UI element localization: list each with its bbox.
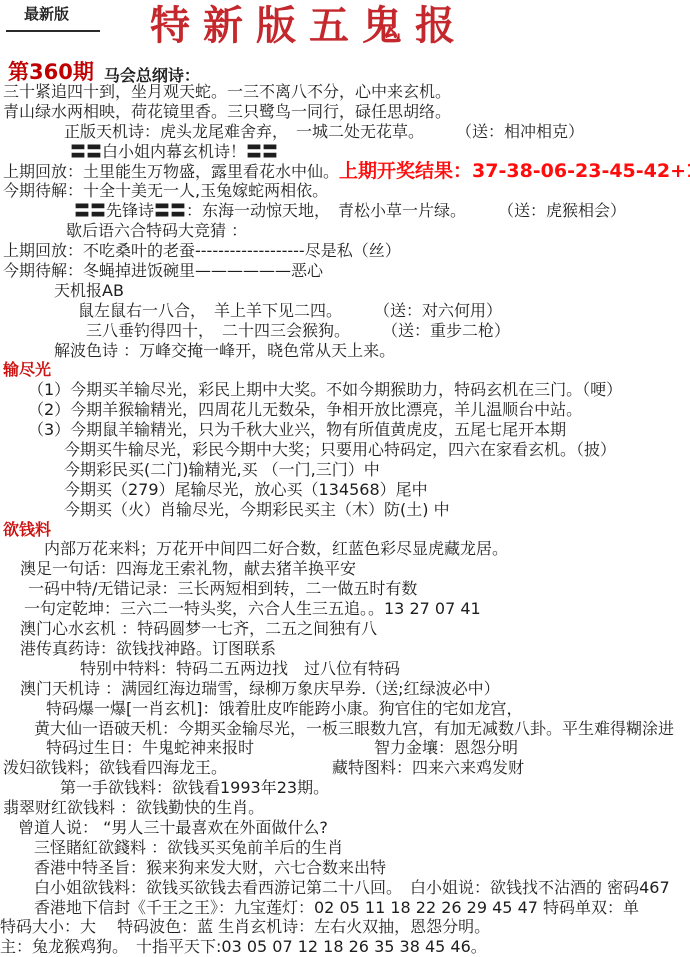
- zhili-jinrang-text: 智力金壤：恩怨分明: [374, 738, 518, 758]
- xianggang-shengzhi-line: 香港中特圣旨：猴来狗来发大财，六七合数来出特: [0, 858, 690, 878]
- dixia-xinfeng-line: 香港地下信封《千王之王》：九宝莲灯：02 05 11 18 22 26 29 4…: [0, 898, 690, 918]
- edition-label: 最新版: [24, 3, 69, 24]
- aomen-tianji-line: 澳门天机诗 ：满园红海边瑞雪，绿柳万象庆早券.（送;红绿波必中）: [0, 679, 690, 699]
- issue-number: 第360期: [8, 60, 94, 84]
- section-header-shujinguang: 输尽光: [0, 360, 690, 380]
- shujinguang-item-2: （2）今期羊猴输精光，四周花儿无数朵，争相开放比漂亮，羊儿温顺台中站。: [0, 400, 690, 420]
- masthead: 最新版 特新版五鬼报: [0, 0, 690, 56]
- shujinguang-item-7: 今期买（火）肖输尽光，今期彩民买主（木）防(土) 中: [0, 500, 690, 520]
- tianji-ab-verse-2: 三八垂钓得四十， 二十四三会猴狗。 （送：重步二枪）: [0, 321, 690, 341]
- page-title: 特新版五鬼报: [150, 2, 468, 50]
- yiju-qiankun-line: 一句定乾坤：三六二一特头奖，六合人生三五追。。13 27 07 41: [0, 599, 690, 619]
- powu-yuqian-text: 泼妇欲钱料；欲钱看四海龙王。: [3, 758, 227, 777]
- five-ghost-report-page: 最新版 特新版五鬼报 第360期马会总纲诗： 三十紧追四十到，坐月观天蛇。一三不…: [0, 0, 690, 957]
- aomen-xinshui-line: 澳门心水玄机 ：特码圆梦一七齐，二五之间独有八: [0, 619, 690, 639]
- last-draw-review: 上期回放：土里能生万物盛，露里看花水中仙。: [3, 162, 339, 181]
- aozu-line: 澳足一句话：四海龙王索礼物，献去猪羊换平安: [0, 559, 690, 579]
- baixiaojie-yuqian-line: 白小姐欲钱料：欲钱买欲钱去看西游记第二十八回。 白小姐说：欲钱找不沾酒的 密码4…: [0, 878, 690, 898]
- xiehouyu-last-line: 上期回放：不吃桑叶的老蚕-------------------尽是私（丝）: [0, 241, 690, 261]
- main-poem-line-1: 三十紧追四十到，坐月观天蛇。一三不离八不分，心中来玄机。: [0, 82, 690, 102]
- xianfeng-poem-line: 〓〓先锋诗〓〓：东海一动惊天地， 青松小草一片绿。 （送：虎猴相会）: [0, 201, 690, 221]
- feicui-caihong-line: 翡翠财红欲钱料 ：欲钱勤快的生肖。: [0, 798, 690, 818]
- sanguai-duhong-line: 三怪賭紅欲錢料 ：欲钱买买兔前羊后的生肖: [0, 838, 690, 858]
- shujinguang-item-5: 今期彩民买(二门)输精光,买 （一门,三门）中: [0, 460, 690, 480]
- tianji-report-ab-line: 天机报AB: [0, 281, 690, 301]
- yuqianliao-neibu-line: 内部万花来料；万花开中间四二好合数，红蓝色彩尽显虎藏龙居。: [0, 539, 690, 559]
- cangte-tuliao-text: 藏特图料：四来六来鸡发财: [332, 758, 524, 778]
- shujinguang-item-6: 今期买（279）尾输尽光，放心买（134568）尾中: [0, 480, 690, 500]
- section-header-yuqianliao: 欲钱料: [0, 520, 690, 540]
- last-draw-result-numbers: 37-38-06-23-45-42+11: [472, 160, 690, 182]
- shujinguang-item-1: （1）今期买羊输尽光，彩民上期中大奖。不如今期猴助力，特码玄机在三门。（哽）: [0, 380, 690, 400]
- yima-zhongte-line: 一码中特/无错记录：三长两短相到转，二一做五时有数: [0, 579, 690, 599]
- shujinguang-item-4: 今期买牛输尽光，彩民今期中大奖；只要用心特码定，四六在家看玄机。（披）: [0, 440, 690, 460]
- tianji-poem-line: 正版天机诗：虎头龙尾难舍弃， 一城二处无花草。 （送：相冲相克）: [0, 122, 690, 142]
- gang-chuanzhen-line: 港传真药诗：欲钱找神路。订图联系: [0, 639, 690, 659]
- edition-underline: [6, 30, 100, 32]
- issue-row: 第360期马会总纲诗：: [0, 56, 690, 82]
- zhu-shengxiao-line: 主：兔龙猴鸡狗。 十指平天下:03 05 07 12 18 26 35 38 4…: [0, 937, 690, 957]
- tema-daxiao-bose-line: 特码大小：大 特码波色：蓝 生肖玄机诗：左右火双抽，恩怨分明。: [0, 917, 690, 937]
- shujinguang-item-3: （3）今期鼠羊输精光，只为千秋大业兴，物有所值黄虎皮，五尾七尾开本期: [0, 420, 690, 440]
- xiehouyu-title-line: 歇后语六合特码大竞猜 ：: [0, 221, 690, 241]
- tianji-ab-verse-1: 鼠左鼠右一八合， 羊上羊下见二四。 （送：对六何用）: [0, 301, 690, 321]
- tebie-zhongte-line: 特别中特料：特码二五两边找 过八位有特码: [0, 659, 690, 679]
- zengdaoren-line: 曾道人说： “男人三十最喜欢在外面做什么?: [0, 818, 690, 838]
- xiehouyu-current-line: 今期待解：冬蝇掉进饭碗里——————恶心: [0, 261, 690, 281]
- tema-birthday-line: 特码过生日：牛鬼蛇神来报时智力金壤：恩怨分明: [0, 738, 690, 758]
- last-draw-result-label: 上期开奖结果：: [339, 160, 472, 182]
- last-draw-line: 上期回放：土里能生万物盛，露里看花水中仙。上期开奖结果：37-38-06-23-…: [0, 162, 690, 182]
- diyishou-yuqian-line: 第一手欲钱料：欲钱看1993年23期。: [0, 778, 690, 798]
- tema-baoyibao-line: 特码爆一爆[一肖玄机]：饿着肚皮咋能跨小康。狗官住的宅如龙宫，: [0, 699, 690, 719]
- tema-birthday-text: 特码过生日：牛鬼蛇神来报时: [46, 738, 254, 757]
- huangdaxian-line: 黄大仙一语破天机：今期买金输尽光，一板三眼数九宫，有加无减数八卦。平生难得糊涂进: [0, 719, 690, 739]
- powu-yuqian-line: 泼妇欲钱料；欲钱看四海龙王。藏特图料：四来六来鸡发财: [0, 758, 690, 778]
- main-poem-line-2: 青山绿水两相映，荷花镜里香。三只鹭鸟一同行，碌任思胡络。: [0, 102, 690, 122]
- pending-line: 今期待解：十全十美无一人,玉兔嫁蛇两相依。: [0, 181, 690, 201]
- jiebose-poem-line: 解波色诗 ：万峰交掩一峰开，晓色常从天上来。: [0, 341, 690, 361]
